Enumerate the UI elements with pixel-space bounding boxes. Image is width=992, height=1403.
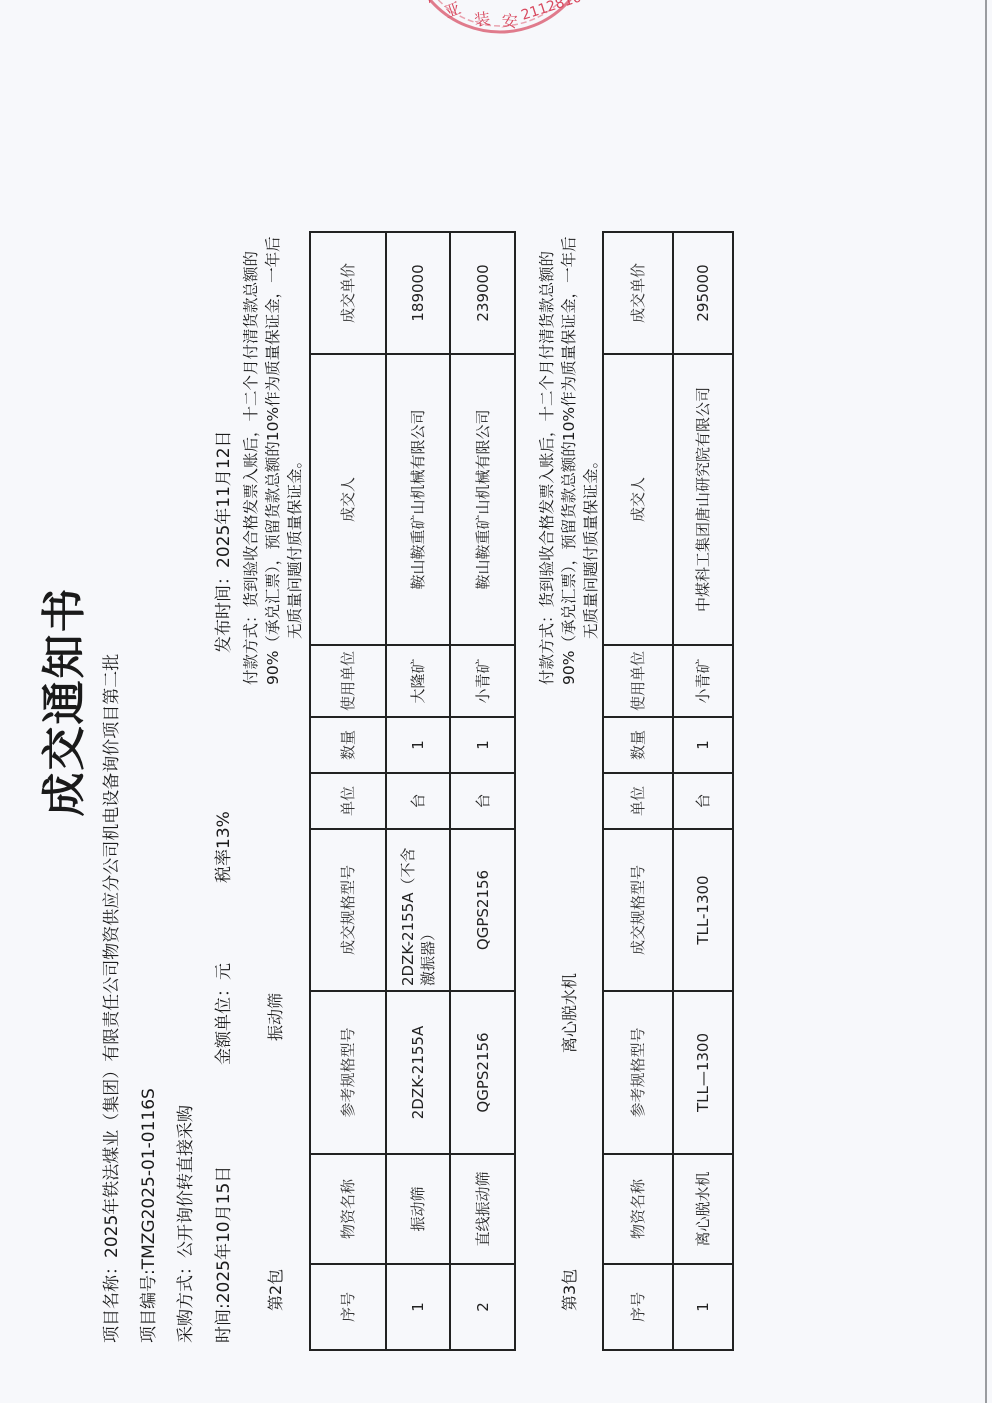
cell-deal-spec: 2DZK-2155A（不含激振器） [386,829,450,991]
col-supplier: 成交人 [310,354,386,645]
package-3-table: 序号 物资名称 参考规格型号 成交规格型号 单位 数量 使用单位 成交人 成交单… [602,231,734,1351]
cell-unit-price: 295000 [673,232,733,354]
tax-rate: 税率13% [209,811,234,883]
cell-supplier: 中煤科工集团唐山研究院有限公司 [673,354,733,645]
col-deal-spec: 成交规格型号 [603,829,673,991]
cell-ref-spec: TLL—1300 [673,991,733,1154]
table-row: 1 离心脱水机 TLL—1300 TLL-1300 台 1 小青矿 中煤科工集团… [673,232,733,1350]
package-2-table: 序号 物资名称 参考规格型号 成交规格型号 单位 数量 使用单位 成交人 成交单… [309,231,516,1351]
cell-item-name: 直线振动筛 [450,1154,515,1264]
cell-seq: 1 [386,1264,450,1350]
cell-deal-spec: QGPS2156 [450,829,515,991]
cell-seq: 1 [673,1264,733,1350]
package-3-payment-terms: 付款方式：货到验收合格发票入账后，十二个月付清货款总额的 90%（承兑汇票），预… [536,205,602,685]
document-title: 成交通知书 [28,0,92,1403]
package-2-payment-terms: 付款方式：货到验收合格发票入账后，十二个月付清货款总额的 90%（承兑汇票），预… [240,205,306,685]
payment-line-3: 无质量问题付质量保证金。 [284,205,306,685]
col-qty: 数量 [310,717,386,773]
cell-user-unit: 小青矿 [450,645,515,717]
cell-item-name: 振动筛 [386,1154,450,1264]
cell-unit: 台 [450,773,515,829]
package-2-name: 振动筛 [263,993,286,1041]
cell-qty: 1 [450,717,515,773]
notice-time: 时间:2025年10月15日 [209,1166,234,1343]
col-user-unit: 使用单位 [310,645,386,717]
payment-line-1: 付款方式：货到验收合格发票入账后，十二个月付清货款总额的 [536,205,558,685]
cell-seq: 2 [450,1264,515,1350]
col-ref-spec: 参考规格型号 [603,991,673,1154]
project-name: 项目名称：2025年铁法煤业（集团）有限责任公司物资供应分公司机电设备询价项目第… [97,654,122,1343]
payment-line-2: 90%（承兑汇票），预留货款总额的10%作为质量保证金，一年后 [558,205,580,685]
col-item-name: 物资名称 [603,1154,673,1264]
notice-page: 成交通知书 项目名称：2025年铁法煤业（集团）有限责任公司物资供应分公司机电设… [0,0,992,1403]
package-2-label: 第2包 [263,1269,286,1311]
cell-unit-price: 239000 [450,232,515,354]
currency-unit: 金额单位：元 [209,963,234,1065]
col-unit: 单位 [310,773,386,829]
publish-time: 发布时间：2025年11月12日 [209,430,234,653]
package-3-name: 离心脱水机 [557,973,580,1053]
table-header-row: 序号 物资名称 参考规格型号 成交规格型号 单位 数量 使用单位 成交人 成交单… [603,232,673,1350]
cell-ref-spec: QGPS2156 [450,991,515,1154]
col-unit-price: 成交单价 [603,232,673,354]
col-unit: 单位 [603,773,673,829]
col-deal-spec: 成交规格型号 [310,829,386,991]
cell-supplier: 鞍山鞍重矿山机械有限公司 [450,354,515,645]
cell-item-name: 离心脱水机 [673,1154,733,1264]
procurement-method: 采购方式：公开询价转直接采购 [171,1105,196,1343]
col-unit-price: 成交单价 [310,232,386,354]
payment-line-1: 付款方式：货到验收合格发票入账后，十二个月付清货款总额的 [240,205,262,685]
col-ref-spec: 参考规格型号 [310,991,386,1154]
cell-user-unit: 小青矿 [673,645,733,717]
cell-ref-spec: 2DZK-2155A [386,991,450,1154]
cell-user-unit: 大隆矿 [386,645,450,717]
col-user-unit: 使用单位 [603,645,673,717]
col-supplier: 成交人 [603,354,673,645]
package-3-label: 第3包 [557,1269,580,1311]
payment-line-2: 90%（承兑汇票），预留货款总额的10%作为质量保证金，一年后 [262,205,284,685]
table-row: 1 振动筛 2DZK-2155A 2DZK-2155A（不含激振器） 台 1 大… [386,232,450,1350]
cell-supplier: 鞍山鞍重矿山机械有限公司 [386,354,450,645]
cell-qty: 1 [673,717,733,773]
payment-line-3: 无质量问题付质量保证金。 [580,205,602,685]
cell-deal-spec: TLL-1300 [673,829,733,991]
col-item-name: 物资名称 [310,1154,386,1264]
col-seq: 序号 [310,1264,386,1350]
col-qty: 数量 [603,717,673,773]
table-row: 2 直线振动筛 QGPS2156 QGPS2156 台 1 小青矿 鞍山鞍重矿山… [450,232,515,1350]
table-header-row: 序号 物资名称 参考规格型号 成交规格型号 单位 数量 使用单位 成交人 成交单… [310,232,386,1350]
project-number: 项目编号:TMZG2025-01-0116S [134,1088,159,1343]
cell-unit: 台 [386,773,450,829]
cell-unit-price: 189000 [386,232,450,354]
cell-unit: 台 [673,773,733,829]
col-seq: 序号 [603,1264,673,1350]
cell-qty: 1 [386,717,450,773]
